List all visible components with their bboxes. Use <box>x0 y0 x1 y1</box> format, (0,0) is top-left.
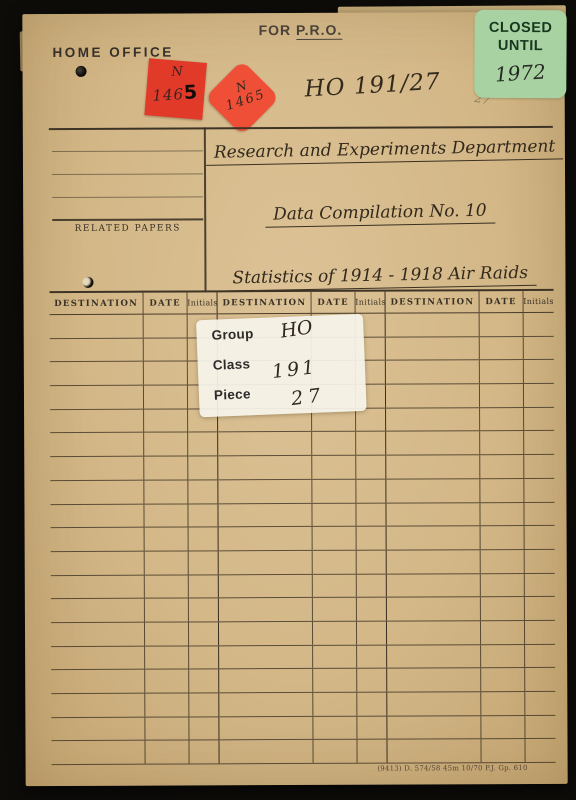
table-cell <box>51 693 145 717</box>
table-header-date: DATE <box>143 291 186 314</box>
table-cell <box>218 503 312 527</box>
table-cell <box>218 432 312 456</box>
table-row <box>50 502 554 528</box>
closed-until-label: CLOSED UNTIL 1972 <box>474 10 567 99</box>
table-cell <box>356 574 387 598</box>
table-cell <box>480 384 523 408</box>
table-cell <box>144 361 187 385</box>
table-cell <box>480 455 523 479</box>
table-cell <box>50 409 144 433</box>
table-cell <box>313 645 356 669</box>
table-cell <box>51 717 145 741</box>
table-row <box>50 431 554 457</box>
table-cell <box>386 313 480 337</box>
table-cell <box>187 432 218 456</box>
table-cell <box>145 598 188 622</box>
home-office-heading: HOME OFFICE <box>52 45 173 61</box>
table-cell <box>219 716 313 740</box>
table-row <box>51 715 555 741</box>
table-cell <box>188 503 219 527</box>
table-cell <box>145 622 188 646</box>
table-cell <box>387 573 481 597</box>
table-cell <box>523 383 554 407</box>
table-header-destination: DESTINATION <box>50 292 144 315</box>
table-cell <box>524 502 555 526</box>
table-cell <box>313 716 356 740</box>
table-cell <box>386 455 480 479</box>
table-cell <box>481 692 524 716</box>
table-cell <box>387 550 481 574</box>
table-cell <box>51 669 145 693</box>
table-header-initials: Initials <box>523 290 554 313</box>
table-cell <box>386 431 480 455</box>
table-cell <box>386 502 480 526</box>
table-cell <box>145 740 188 764</box>
section-divider-line <box>49 126 553 130</box>
table-cell <box>387 526 481 550</box>
table-cell <box>479 313 522 337</box>
table-row <box>51 668 555 694</box>
table-cell <box>523 454 554 478</box>
table-cell <box>387 621 481 645</box>
table-cell <box>219 740 313 764</box>
table-cell <box>188 480 219 504</box>
reference-field-value: 27 <box>290 384 327 410</box>
table-cell <box>524 549 555 573</box>
table-cell <box>219 645 313 669</box>
table-cell <box>524 620 555 644</box>
related-papers-rule-bottom <box>52 218 203 221</box>
table-cell <box>524 668 555 692</box>
sticker-code-letter: N <box>148 64 206 80</box>
table-cell <box>523 407 554 431</box>
table-cell <box>144 503 187 527</box>
table-cell <box>218 456 312 480</box>
title-subject: Statistics of 1914 - 1918 Air Raids <box>224 263 536 292</box>
table-cell <box>145 646 188 670</box>
table-cell <box>524 644 555 668</box>
reference-field-label: Class <box>212 356 250 372</box>
table-header-destination: DESTINATION <box>218 291 312 314</box>
table-header-destination: DESTINATION <box>385 290 479 313</box>
for-pro-stamp-word: FOR <box>259 22 292 38</box>
table-cell <box>387 668 481 692</box>
closed-until-word2: UNTIL <box>474 37 566 56</box>
table-row <box>51 691 555 717</box>
table-cell <box>50 504 144 528</box>
table-cell <box>145 669 188 693</box>
table-cell <box>481 620 524 644</box>
table-cell <box>144 456 187 480</box>
table-cell <box>523 312 554 336</box>
table-cell <box>313 597 356 621</box>
table-row <box>51 597 555 623</box>
punch-hole-top <box>76 66 87 77</box>
table-cell <box>386 384 480 408</box>
table-cell <box>187 456 218 480</box>
table-cell <box>357 739 388 763</box>
table-cell <box>387 692 481 716</box>
table-cell <box>144 480 187 504</box>
table-cell <box>312 432 355 456</box>
table-cell <box>143 314 186 338</box>
table-cell <box>480 478 523 502</box>
table-header-initials: Initials <box>355 291 386 314</box>
sticker-code-number: 1465 <box>146 81 205 106</box>
closed-until-word1: CLOSED <box>475 19 567 38</box>
table-cell <box>188 622 219 646</box>
table-cell <box>524 478 555 502</box>
table-cell <box>356 526 387 550</box>
red-square-sticker: N 1465 <box>144 58 207 120</box>
table-cell <box>188 574 219 598</box>
closed-until-year: 1972 <box>474 58 567 88</box>
table-cell <box>144 551 187 575</box>
table-cell <box>218 479 312 503</box>
table-cell <box>481 573 524 597</box>
punch-hole-middle <box>82 277 93 288</box>
table-cell <box>51 741 145 765</box>
table-cell <box>50 433 144 457</box>
table-cell <box>51 646 145 670</box>
reference-field-label: Piece <box>214 386 251 402</box>
table-cell <box>524 526 555 550</box>
table-cell <box>524 597 555 621</box>
table-cell <box>356 645 387 669</box>
table-cell <box>481 644 524 668</box>
table-cell <box>50 385 144 409</box>
table-cell <box>523 336 554 360</box>
table-cell <box>50 362 144 386</box>
table-cell <box>356 597 387 621</box>
table-cell <box>480 502 523 526</box>
table-cell <box>144 385 187 409</box>
table-cell <box>480 360 523 384</box>
table-cell <box>145 693 188 717</box>
table-cell <box>189 693 220 717</box>
sticker-heavy-digit: 5 <box>183 81 198 104</box>
table-cell <box>219 574 313 598</box>
table-cell <box>219 669 313 693</box>
table-cell <box>188 669 219 693</box>
table-cell <box>312 503 355 527</box>
table-cell <box>356 621 387 645</box>
table-cell <box>51 598 145 622</box>
table-cell <box>356 479 387 503</box>
table-cell <box>51 527 145 551</box>
table-cell <box>481 739 524 763</box>
table-cell <box>356 668 387 692</box>
table-cell <box>480 336 523 360</box>
table-cell <box>219 621 313 645</box>
table-cell <box>144 338 187 362</box>
table-cell <box>480 526 523 550</box>
table-cell <box>525 739 556 763</box>
table-cell <box>355 455 386 479</box>
for-pro-stamp: FOR P.R.O. <box>220 22 380 39</box>
table-cell <box>356 692 387 716</box>
table-cell <box>386 360 480 384</box>
related-papers-rule <box>52 150 203 152</box>
table-cell <box>188 645 219 669</box>
related-papers-rule <box>52 196 203 198</box>
table-cell <box>523 360 554 384</box>
file-cover: FOR P.R.O. HOME OFFICE N 1465 N 1465 HO … <box>22 12 567 786</box>
print-code: (9413) D. 574/58 45m 10/70 P.J. Gp. 610 <box>256 764 528 773</box>
table-cell <box>219 598 313 622</box>
table-cell <box>51 575 145 599</box>
table-cell <box>144 527 187 551</box>
table-cell <box>189 717 220 741</box>
table-row <box>51 644 555 670</box>
table-cell <box>386 479 480 503</box>
reference-field-value: HO <box>279 316 314 342</box>
table-cell <box>356 503 387 527</box>
table-cell <box>480 407 523 431</box>
table-cell <box>387 715 481 739</box>
table-cell <box>356 550 387 574</box>
table-cell <box>480 431 523 455</box>
table-cell <box>219 527 313 551</box>
table-cell <box>188 527 219 551</box>
table-cell <box>312 526 355 550</box>
table-header-initials: Initials <box>187 291 218 314</box>
related-papers-rule <box>52 173 203 175</box>
title-department: Research and Experiments Department <box>206 136 564 166</box>
table-cell <box>145 717 188 741</box>
table-cell <box>525 715 556 739</box>
table-cell <box>355 408 386 432</box>
table-cell <box>189 740 220 764</box>
table-row <box>51 573 555 599</box>
table-row <box>50 454 554 480</box>
table-header-date: DATE <box>479 290 522 313</box>
table-cell <box>313 669 356 693</box>
table-cell <box>387 739 481 763</box>
table-cell <box>313 574 356 598</box>
for-pro-stamp-pro: P.R.O. <box>296 22 342 40</box>
table-cell <box>386 407 480 431</box>
reference-field-piece: Piece27 <box>198 374 366 411</box>
table-cell <box>357 716 388 740</box>
table-cell <box>523 431 554 455</box>
table-cell <box>219 550 313 574</box>
file-reference-handwritten: HO 191/27 <box>272 67 473 104</box>
table-cell <box>313 692 356 716</box>
related-papers-caption: RELATED PAPERS <box>52 223 203 234</box>
table-cell <box>50 338 144 362</box>
table-cell <box>144 409 187 433</box>
table-cell <box>188 551 219 575</box>
table-cell <box>144 432 187 456</box>
table-cell <box>313 621 356 645</box>
table-cell <box>51 622 145 646</box>
table-cell <box>481 668 524 692</box>
table-cell <box>188 598 219 622</box>
table-cell <box>480 549 523 573</box>
table-cell <box>50 314 144 338</box>
table-cell <box>219 692 313 716</box>
reference-field-label: Group <box>211 326 254 343</box>
table-cell <box>50 456 144 480</box>
table-cell <box>50 480 144 504</box>
table-cell <box>145 575 188 599</box>
table-cell <box>386 336 480 360</box>
table-cell <box>524 573 555 597</box>
table-header-date: DATE <box>311 291 354 314</box>
table-row <box>51 549 555 575</box>
table-cell <box>312 455 355 479</box>
table-cell <box>524 691 555 715</box>
table-row <box>51 526 555 552</box>
table-cell <box>313 740 356 764</box>
table-row <box>51 620 555 646</box>
table-cell <box>312 550 355 574</box>
reference-label: GroupHOClass191Piece27 <box>196 314 367 417</box>
table-cell <box>387 644 481 668</box>
table-cell <box>312 479 355 503</box>
table-cell <box>355 432 386 456</box>
table-cell <box>387 597 481 621</box>
title-compilation: Data Compilation No. 10 <box>265 201 495 228</box>
table-row <box>51 739 555 765</box>
table-cell <box>51 551 145 575</box>
table-row <box>50 478 554 504</box>
table-cell <box>481 715 524 739</box>
table-cell <box>481 597 524 621</box>
